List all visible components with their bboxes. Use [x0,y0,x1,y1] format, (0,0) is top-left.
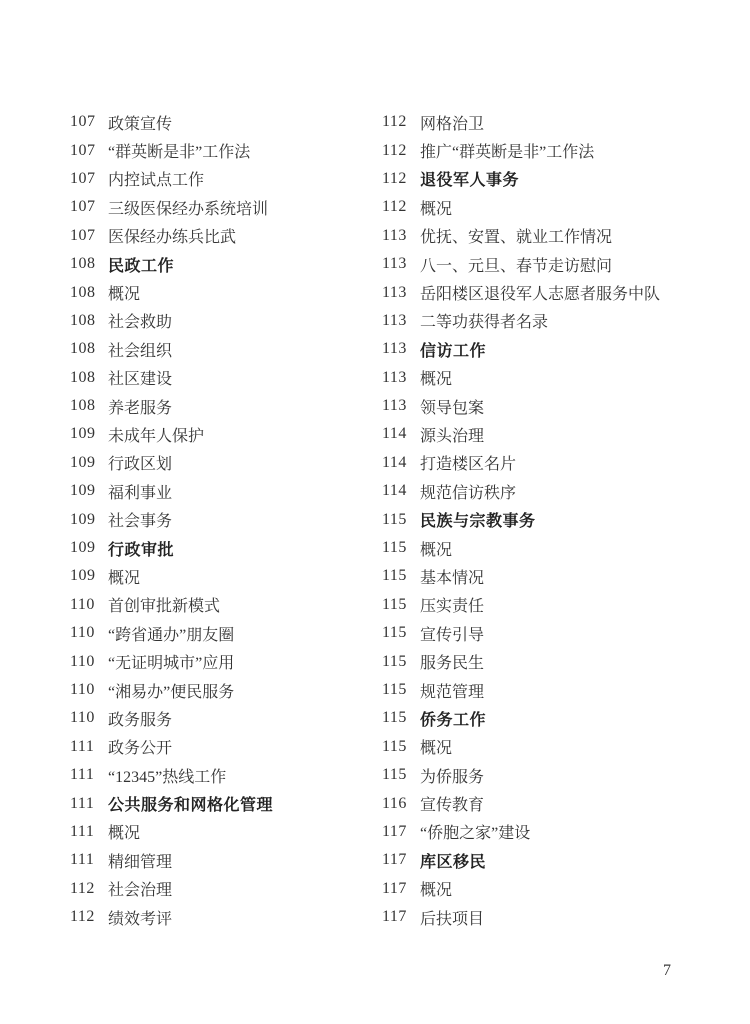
toc-entry-title: 政务服务 [108,707,172,730]
toc-entry-title: 宣传引导 [420,622,484,645]
toc-entry-page-number: 108 [70,312,108,330]
toc-entry: 115基本情况 [382,562,712,590]
toc-entry-page-number: 109 [70,511,108,529]
toc-entry-title: “跨省通办”朋友圈 [108,622,234,645]
toc-entry: 117“侨胞之家”建设 [382,818,712,846]
toc-entry: 111“12345”热线工作 [70,761,375,789]
toc-entry: 109概况 [70,562,375,590]
toc-entry-page-number: 108 [70,397,108,415]
toc-entry: 116宣传教育 [382,789,712,817]
toc-entry: 115为侨服务 [382,761,712,789]
toc-entry-page-number: 110 [70,681,108,699]
toc-column-left: 107政策宣传107“群英断是非”工作法107内控试点工作107三级医保经办系统… [70,108,375,931]
toc-entry: 113领导包案 [382,392,712,420]
toc-entry-title: 行政区划 [108,451,172,474]
toc-entry-page-number: 112 [382,170,420,188]
toc-entry-title: 内控试点工作 [108,167,204,190]
toc-entry-page-number: 114 [382,454,420,472]
toc-entry: 115服务民生 [382,647,712,675]
toc-entry-page-number: 110 [70,653,108,671]
toc-entry-title: 库区移民 [420,849,486,872]
toc-entry: 112推广“群英断是非”工作法 [382,136,712,164]
toc-entry-title: 民族与宗教事务 [420,508,536,531]
toc-entry-title: 概况 [108,820,140,843]
toc-entry-title: 未成年人保护 [108,423,204,446]
toc-entry: 111概况 [70,818,375,846]
toc-entry-title: 民政工作 [108,253,174,276]
toc-entry: 117概况 [382,875,712,903]
toc-entry-page-number: 117 [382,851,420,869]
toc-entry-title: 八一、元旦、春节走访慰问 [420,253,612,276]
toc-section-entry: 115民族与宗教事务 [382,505,712,533]
toc-entry-title: 概况 [420,735,452,758]
toc-entry-title: 网格治卫 [420,111,484,134]
toc-entry-page-number: 107 [70,170,108,188]
toc-entry: 107政策宣传 [70,108,375,136]
toc-entry-title: 概况 [108,565,140,588]
toc-entry: 107内控试点工作 [70,165,375,193]
toc-entry-page-number: 115 [382,539,420,557]
toc-entry-page-number: 113 [382,227,420,245]
page-number: 7 [655,962,679,980]
toc-entry: 109社会事务 [70,505,375,533]
toc-entry: 113二等功获得者名录 [382,307,712,335]
toc-entry-title: 概况 [108,281,140,304]
toc-entry-page-number: 111 [70,851,108,869]
toc-entry: 107医保经办练兵比武 [70,222,375,250]
toc-entry: 113概况 [382,364,712,392]
toc-entry-page-number: 115 [382,624,420,642]
toc-entry-page-number: 107 [70,198,108,216]
toc-entry-page-number: 110 [70,624,108,642]
toc-entry-page-number: 108 [70,284,108,302]
toc-entry-page-number: 113 [382,284,420,302]
toc-entry: 115概况 [382,733,712,761]
toc-section-entry: 115侨务工作 [382,704,712,732]
toc-entry-page-number: 114 [382,482,420,500]
toc-entry-title: 信访工作 [420,338,486,361]
toc-column-right: 112网格治卫112推广“群英断是非”工作法112退役军人事务112概况113优… [382,108,712,931]
toc-entry-page-number: 109 [70,539,108,557]
toc-entry-page-number: 113 [382,340,420,358]
toc-entry-page-number: 115 [382,653,420,671]
toc-entry-title: 绩效考评 [108,906,172,929]
toc-entry-title: 社区建设 [108,366,172,389]
toc-entry-title: 精细管理 [108,849,172,872]
toc-entry-title: 推广“群英断是非”工作法 [420,139,594,162]
toc-entry-title: 社会组织 [108,338,172,361]
toc-entry-title: 养老服务 [108,395,172,418]
toc-entry-title: 社会事务 [108,508,172,531]
toc-entry: 111政务公开 [70,733,375,761]
toc-entry-title: 宣传教育 [420,792,484,815]
toc-entry-page-number: 112 [382,113,420,131]
toc-entry-title: 基本情况 [420,565,484,588]
toc-entry-title: “群英断是非”工作法 [108,139,250,162]
toc-entry-title: 退役军人事务 [420,167,519,190]
toc-entry-title: “湘易办”便民服务 [108,679,234,702]
toc-entry-page-number: 113 [382,369,420,387]
toc-entry-page-number: 111 [70,823,108,841]
toc-entry-title: 社会治理 [108,877,172,900]
toc-entry-page-number: 112 [70,880,108,898]
toc-entry: 115压实责任 [382,591,712,619]
toc-entry-title: 首创审批新模式 [108,593,220,616]
toc-entry: 110“湘易办”便民服务 [70,676,375,704]
toc-entry-title: 福利事业 [108,480,172,503]
toc-entry-page-number: 115 [382,596,420,614]
toc-entry: 112概况 [382,193,712,221]
toc-entry: 107“群英断是非”工作法 [70,136,375,164]
toc-entry-page-number: 110 [70,709,108,727]
toc-entry: 114打造楼区名片 [382,449,712,477]
toc-section-entry: 117库区移民 [382,846,712,874]
toc-entry: 114规范信访秩序 [382,477,712,505]
toc-entry-title: 后扶项目 [420,906,484,929]
toc-entry-page-number: 115 [382,681,420,699]
toc-entry: 108概况 [70,278,375,306]
toc-entry-page-number: 108 [70,369,108,387]
toc-entry-title: 社会救助 [108,309,172,332]
toc-entry: 112网格治卫 [382,108,712,136]
toc-entry-page-number: 110 [70,596,108,614]
toc-entry-page-number: 108 [70,340,108,358]
toc-entry-title: 政务公开 [108,735,172,758]
toc-entry: 114源头治理 [382,420,712,448]
toc-entry-page-number: 113 [382,255,420,273]
toc-entry-page-number: 107 [70,227,108,245]
toc-entry: 109行政区划 [70,449,375,477]
toc-entry-title: 打造楼区名片 [420,451,516,474]
toc-entry-title: “12345”热线工作 [108,764,226,787]
toc-entry: 109未成年人保护 [70,420,375,448]
toc-entry: 112绩效考评 [70,903,375,931]
toc-entry: 111精细管理 [70,846,375,874]
toc-entry-page-number: 111 [70,738,108,756]
toc-entry-page-number: 115 [382,766,420,784]
toc-entry-page-number: 117 [382,880,420,898]
toc-entry: 107三级医保经办系统培训 [70,193,375,221]
toc-entry-title: 概况 [420,196,452,219]
toc-entry-title: 领导包案 [420,395,484,418]
toc-entry: 108养老服务 [70,392,375,420]
toc-entry: 110“无证明城市”应用 [70,647,375,675]
toc-entry-title: “侨胞之家”建设 [420,820,530,843]
toc-entry-title: 三级医保经办系统培训 [108,196,268,219]
toc-entry-title: 政策宣传 [108,111,172,134]
toc-page: 107政策宣传107“群英断是非”工作法107内控试点工作107三级医保经办系统… [0,0,750,1024]
toc-section-entry: 113信访工作 [382,335,712,363]
toc-entry-page-number: 112 [382,142,420,160]
toc-entry-title: 概况 [420,366,452,389]
toc-entry: 115宣传引导 [382,619,712,647]
toc-entry: 109福利事业 [70,477,375,505]
toc-entry-title: 服务民生 [420,650,484,673]
toc-entry-title: 优抚、安置、就业工作情况 [420,224,612,247]
toc-entry: 110政务服务 [70,704,375,732]
toc-entry-title: 规范管理 [420,679,484,702]
toc-entry-title: 行政审批 [108,537,174,560]
toc-entry: 110“跨省通办”朋友圈 [70,619,375,647]
toc-entry-page-number: 113 [382,312,420,330]
toc-entry-page-number: 117 [382,908,420,926]
toc-entry-page-number: 109 [70,567,108,585]
toc-entry-title: 公共服务和网格化管理 [108,792,273,815]
toc-section-entry: 108民政工作 [70,250,375,278]
toc-entry-page-number: 114 [382,425,420,443]
toc-entry: 110首创审批新模式 [70,591,375,619]
toc-entry-title: 源头治理 [420,423,484,446]
toc-entry-page-number: 108 [70,255,108,273]
toc-entry-title: 二等功获得者名录 [420,309,548,332]
toc-entry: 117后扶项目 [382,903,712,931]
toc-entry-title: 侨务工作 [420,707,486,730]
toc-section-entry: 112退役军人事务 [382,165,712,193]
toc-entry-page-number: 107 [70,142,108,160]
toc-entry-page-number: 111 [70,766,108,784]
toc-entry: 113优抚、安置、就业工作情况 [382,222,712,250]
toc-entry: 108社会救助 [70,307,375,335]
toc-entry-page-number: 115 [382,511,420,529]
toc-section-entry: 111公共服务和网格化管理 [70,789,375,817]
toc-entry: 115规范管理 [382,676,712,704]
toc-entry: 113岳阳楼区退役军人志愿者服务中队 [382,278,712,306]
toc-entry: 108社区建设 [70,364,375,392]
toc-entry-page-number: 117 [382,823,420,841]
toc-entry: 108社会组织 [70,335,375,363]
toc-entry-page-number: 112 [70,908,108,926]
toc-entry-title: 压实责任 [420,593,484,616]
toc-entry-page-number: 115 [382,567,420,585]
toc-entry-title: 规范信访秩序 [420,480,516,503]
toc-entry-title: 岳阳楼区退役军人志愿者服务中队 [420,281,660,304]
toc-entry-page-number: 107 [70,113,108,131]
toc-entry-page-number: 112 [382,198,420,216]
toc-entry-page-number: 109 [70,454,108,472]
toc-entry-page-number: 113 [382,397,420,415]
toc-entry: 115概况 [382,534,712,562]
toc-entry: 113八一、元旦、春节走访慰问 [382,250,712,278]
toc-entry: 112社会治理 [70,875,375,903]
toc-section-entry: 109行政审批 [70,534,375,562]
toc-entry-title: 概况 [420,537,452,560]
toc-entry-page-number: 111 [70,795,108,813]
toc-entry-title: 概况 [420,877,452,900]
toc-entry-title: “无证明城市”应用 [108,650,234,673]
toc-entry-page-number: 109 [70,482,108,500]
toc-entry-page-number: 115 [382,738,420,756]
toc-entry-page-number: 115 [382,709,420,727]
toc-entry-page-number: 116 [382,795,420,813]
toc-entry-title: 为侨服务 [420,764,484,787]
toc-entry-page-number: 109 [70,425,108,443]
toc-entry-title: 医保经办练兵比武 [108,224,236,247]
